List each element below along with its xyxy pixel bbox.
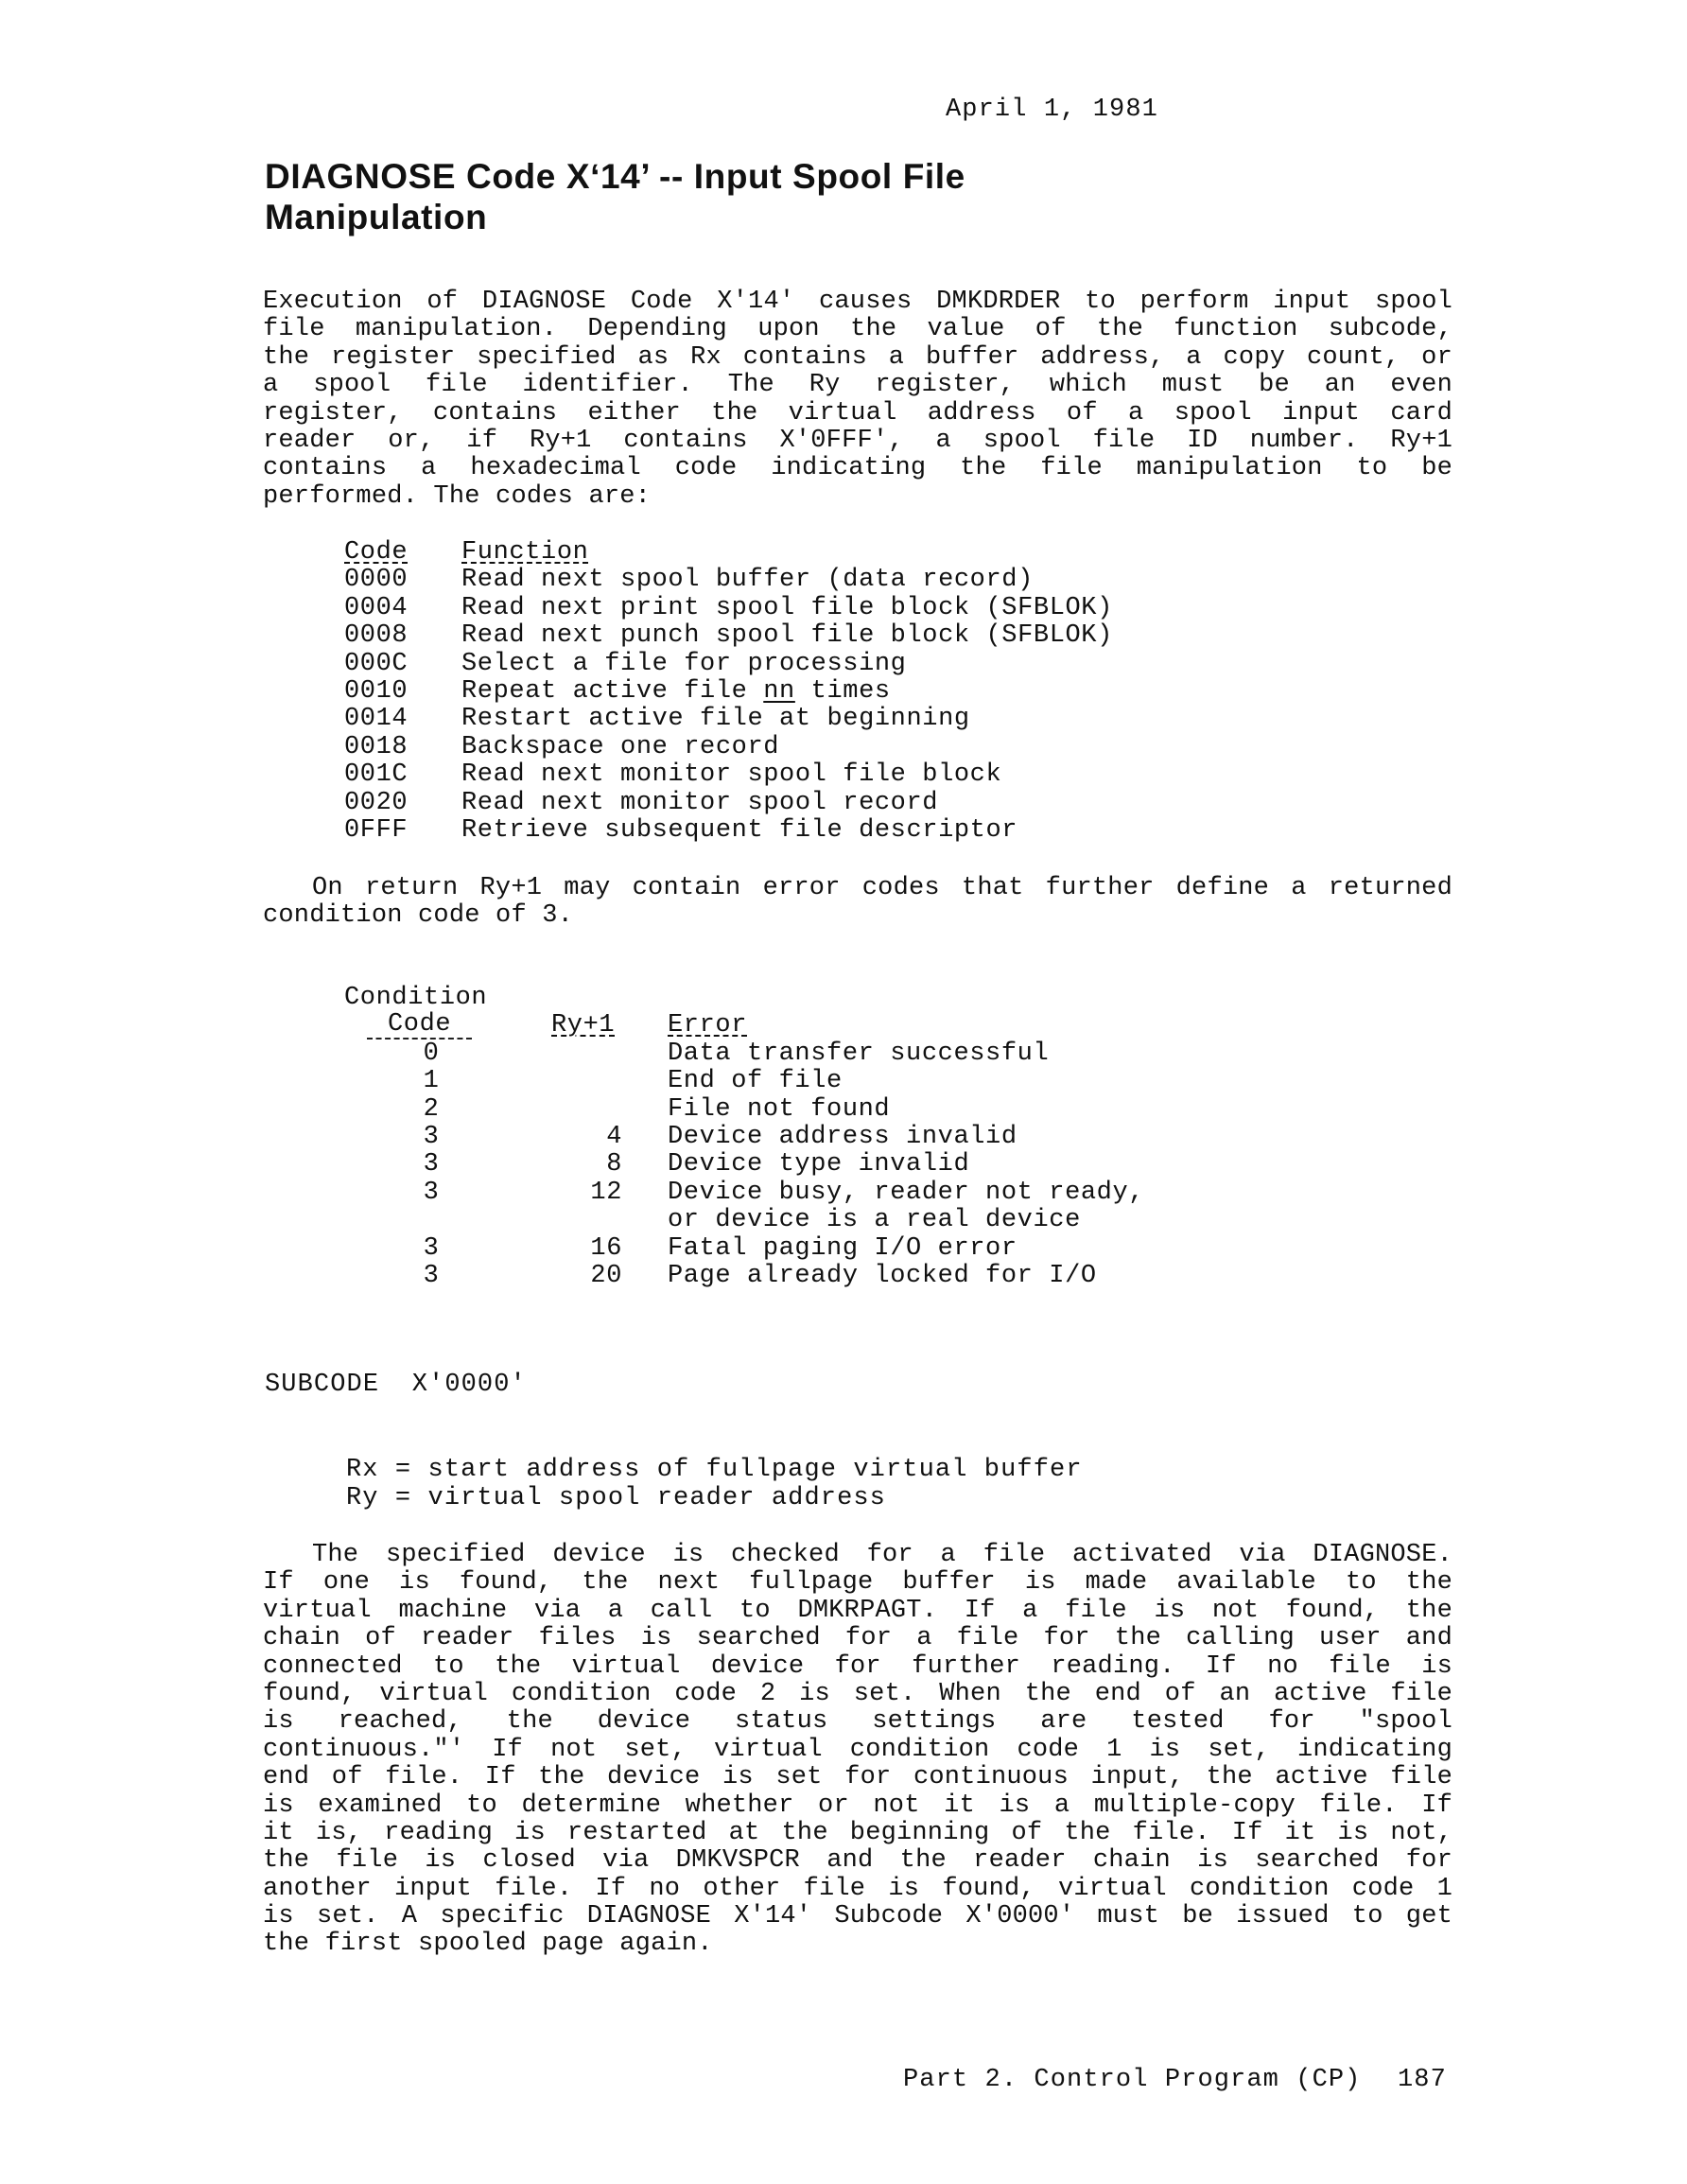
code-cell: 0008 [344, 622, 408, 650]
code-cell: 0010 [344, 678, 408, 706]
description-line: connected to the virtual device for furt… [263, 1653, 1452, 1681]
condition-code-cell: 1 [412, 1068, 450, 1095]
column-header-condition-code: Code [367, 1012, 472, 1040]
function-cell: Read next monitor spool file block [461, 761, 1001, 789]
description-paragraph: The specified device is checked for a fi… [263, 1542, 1452, 1959]
function-cell: Read next print spool file block (SFBLOK… [461, 595, 1113, 622]
description-line: is reached, the device status settings a… [263, 1708, 1452, 1736]
page-title-line-2: Manipulation [265, 197, 965, 237]
intro-line: contains a hexadecimal code indicating t… [263, 455, 1452, 482]
function-text: times [795, 677, 891, 706]
description-line: is set. A specific DIAGNOSE X'14' Subcod… [263, 1903, 1452, 1931]
code-cell: 0000 [344, 567, 408, 594]
description-line: virtual machine via a call to DMKRPAGT. … [263, 1598, 1452, 1625]
page-title-line-1: DIAGNOSE Code X‘14’ -- Input Spool File [265, 156, 965, 197]
code-cell: 0020 [344, 790, 408, 817]
intro-line: the register specified as Rx contains a … [263, 344, 1452, 372]
condition-code-cell: 3 [412, 1179, 450, 1207]
error-cell: File not found [668, 1096, 890, 1124]
description-line: chain of reader files is searched for a … [263, 1625, 1452, 1652]
intro-line: a spool file identifier. The Ry register… [263, 372, 1452, 399]
function-cell: Read next spool buffer (data record) [461, 567, 1034, 594]
condition-code-cell: 2 [412, 1096, 450, 1124]
ry1-cell: 16 [562, 1235, 622, 1263]
error-cell: Device busy, reader not ready, [668, 1179, 1144, 1207]
intro-line: reader or, if Ry+1 contains X'0FFF', a s… [263, 428, 1452, 455]
description-line: end of file. If the device is set for co… [263, 1764, 1452, 1791]
ry1-cell: 20 [562, 1263, 622, 1290]
error-cell: Device address invalid [668, 1124, 1017, 1151]
code-cell: 000C [344, 651, 408, 678]
ry1-cell: 4 [562, 1124, 622, 1151]
description-line: the file is closed via DMKVSPCR and the … [263, 1847, 1452, 1875]
error-cell: Page already locked for I/O [668, 1263, 1097, 1290]
description-line: is examined to determine whether or not … [263, 1792, 1452, 1820]
condition-code-label: Code [388, 1010, 451, 1039]
condition-code-cell: 3 [412, 1235, 450, 1263]
code-cell: 0004 [344, 595, 408, 622]
error-cell: Fatal paging I/O error [668, 1235, 1017, 1263]
page-title: DIAGNOSE Code X‘14’ -- Input Spool File … [265, 156, 965, 237]
error-cell: or device is a real device [668, 1207, 1081, 1234]
code-cell: 0014 [344, 706, 408, 733]
ry1-cell: 12 [562, 1179, 622, 1207]
code-cell: 001C [344, 761, 408, 789]
function-cell: Backspace one record [461, 734, 779, 761]
intro-line: Execution of DIAGNOSE Code X'14' causes … [263, 288, 1452, 316]
ry1-cell: 8 [562, 1151, 622, 1179]
condition-code-cell: 3 [412, 1263, 450, 1290]
description-line: If one is found, the next fullpage buffe… [263, 1569, 1452, 1597]
return-note-line: condition code of 3. [263, 902, 1452, 930]
intro-line: register, contains either the virtual ad… [263, 400, 1452, 428]
function-cell: Read next punch spool file block (SFBLOK… [461, 622, 1113, 650]
error-cell: Data transfer successful [668, 1040, 1049, 1068]
page-number: 187 [1398, 2067, 1447, 2094]
column-header-condition: Condition [344, 985, 487, 1012]
code-cell: 0FFF [344, 817, 408, 845]
condition-code-cell: 0 [412, 1040, 450, 1068]
footer-section-title: Part 2. Control Program (CP) [903, 2067, 1361, 2094]
description-line: The specified device is checked for a fi… [263, 1542, 1452, 1569]
column-header-error: Error [668, 1012, 747, 1040]
intro-paragraph: Execution of DIAGNOSE Code X'14' causes … [263, 288, 1452, 511]
column-header-code: Code [344, 539, 408, 567]
description-line: the first spooled page again. [263, 1931, 1452, 1958]
function-cell: Retrieve subsequent file descriptor [461, 817, 1017, 845]
repeat-count-placeholder: nn [763, 677, 795, 706]
rx-definition: Rx = start address of fullpage virtual b… [346, 1457, 1083, 1484]
error-cell: Device type invalid [668, 1151, 969, 1179]
column-header-ry1: Ry+1 [551, 1012, 612, 1040]
condition-code-cell: 3 [412, 1124, 450, 1151]
function-cell: Select a file for processing [461, 651, 906, 678]
function-cell: Repeat active file nn times [461, 678, 891, 706]
code-cell: 0018 [344, 734, 408, 761]
condition-code-cell: 3 [412, 1151, 450, 1179]
return-note-paragraph: On return Ry+1 may contain error codes t… [263, 875, 1452, 931]
subcode-heading: SUBCODE X'0000' [265, 1372, 527, 1399]
column-header-function: Function [461, 539, 588, 567]
intro-line: file manipulation. Depending upon the va… [263, 316, 1452, 343]
description-line: another input file. If no other file is … [263, 1876, 1452, 1903]
intro-line: performed. The codes are: [263, 483, 1452, 511]
return-note-line: On return Ry+1 may contain error codes t… [263, 875, 1452, 902]
page-date: April 1, 1981 [946, 96, 1158, 124]
function-cell: Restart active file at beginning [461, 706, 970, 733]
ry-definition: Ry = virtual spool reader address [346, 1485, 886, 1512]
function-text: Repeat active file [461, 677, 763, 706]
error-cell: End of file [668, 1068, 843, 1095]
description-line: it is, reading is restarted at the begin… [263, 1820, 1452, 1847]
function-cell: Read next monitor spool record [461, 790, 938, 817]
description-line: continuous."' If not set, virtual condit… [263, 1737, 1452, 1764]
description-line: found, virtual condition code 2 is set. … [263, 1681, 1452, 1708]
